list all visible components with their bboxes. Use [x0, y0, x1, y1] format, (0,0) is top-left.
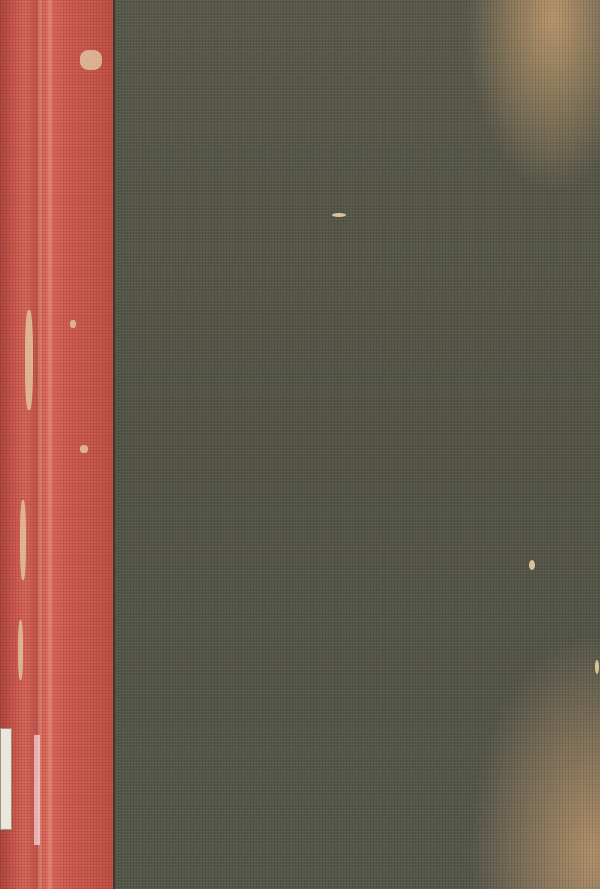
- wear-mark: [70, 320, 76, 328]
- wear-mark: [80, 445, 88, 453]
- front-board: [113, 0, 600, 889]
- book-spine: [0, 0, 116, 889]
- book-cover: [0, 0, 600, 889]
- library-label: [0, 728, 12, 830]
- wear-speck: [529, 560, 535, 570]
- wear-mark: [20, 500, 26, 580]
- wear-mark: [18, 620, 23, 680]
- wear-mark: [80, 50, 102, 70]
- wear-mark: [25, 310, 33, 410]
- spine-ridge: [48, 0, 52, 889]
- wear-speck: [332, 213, 346, 217]
- wear-speck: [595, 660, 599, 674]
- tape-glare: [34, 735, 40, 845]
